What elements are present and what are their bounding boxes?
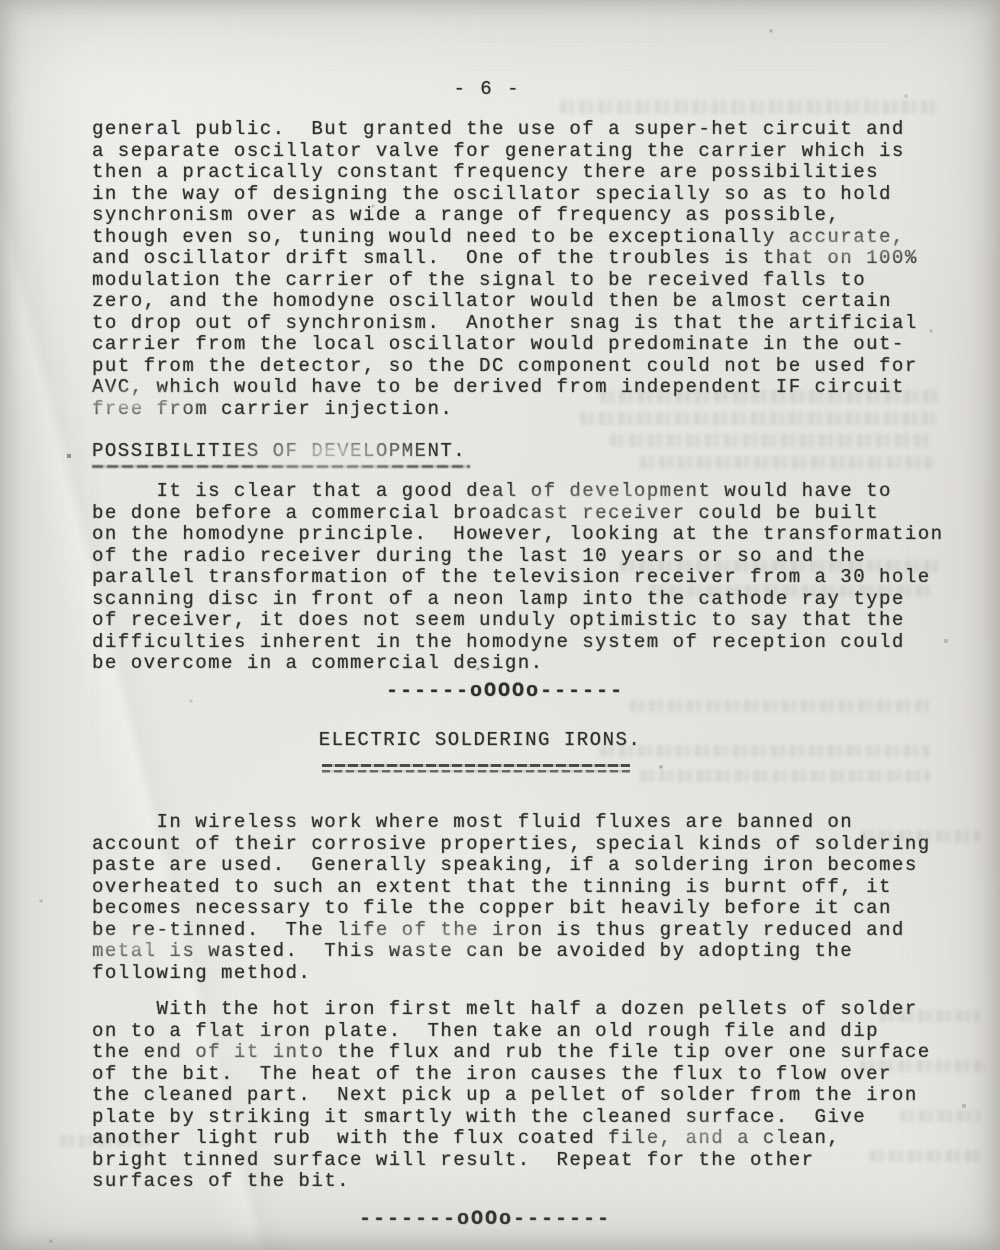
bleedthrough-line — [600, 745, 930, 757]
section-heading-possibilities-label: POSSIBILITIES OF DEVELOPMENT. — [92, 440, 466, 462]
dust-specks — [0, 0, 2, 2]
soldering-paragraph-1: In wireless work where most fluid fluxes… — [92, 812, 931, 984]
section-heading-possibilities: POSSIBILITIES OF DEVELOPMENT. — [92, 440, 470, 468]
soldering-heading-rule — [322, 764, 630, 773]
section-divider-top: ------oOOOo------ — [386, 680, 624, 703]
soldering-paragraph-2: With the hot iron first melt half a doze… — [92, 999, 931, 1193]
page-number: - 6 - — [453, 78, 520, 100]
scanned-document-page: - 6 - general public. But granted the us… — [0, 0, 1000, 1250]
section-divider-bottom: -------oOOo------- — [359, 1208, 611, 1231]
section-heading-soldering: ELECTRIC SOLDERING IRONS. — [319, 729, 642, 751]
bleedthrough-line — [560, 100, 940, 114]
bleedthrough-line — [610, 434, 930, 447]
development-paragraph: It is clear that a good deal of developm… — [92, 481, 944, 675]
intro-paragraph: general public. But granted the use of a… — [92, 119, 918, 420]
bleedthrough-line — [640, 456, 935, 469]
heading-underline — [92, 465, 470, 468]
bleedthrough-line — [640, 770, 930, 782]
bleedthrough-line — [630, 700, 930, 712]
